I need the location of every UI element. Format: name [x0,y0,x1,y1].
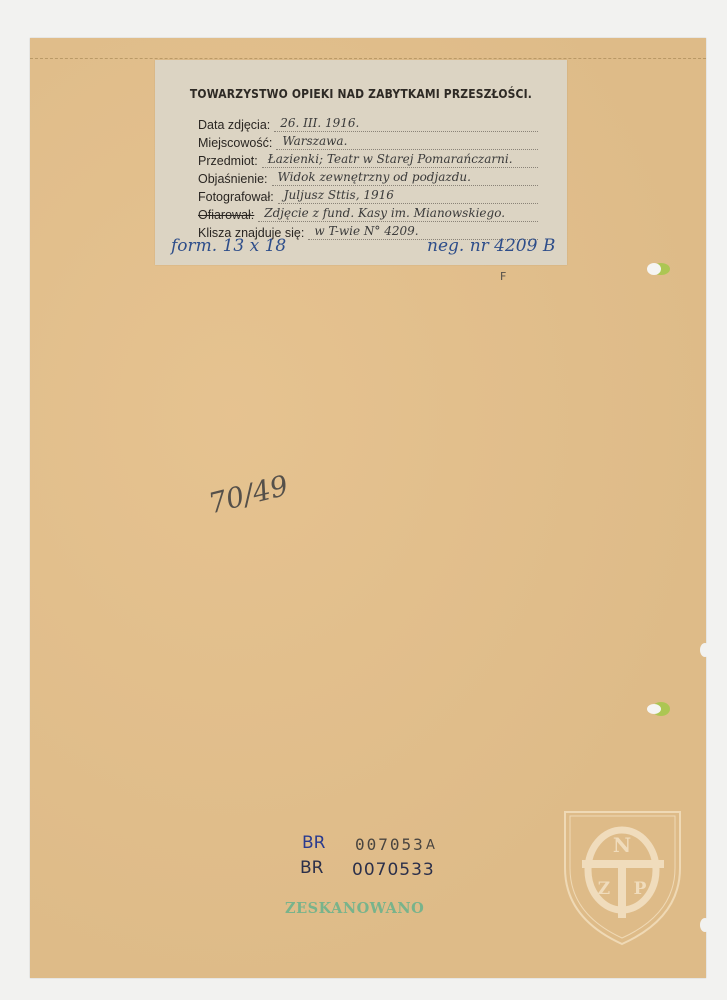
br-suffix: A [426,838,435,853]
negative-number-note: neg. nr 4209 B [427,236,555,256]
punch-hole [647,263,661,275]
edge-notch [700,643,710,657]
field-value: Widok zewnętrzny od podjazdu. [272,170,539,186]
br-number: 007053 [355,835,425,854]
br-prefix: BR [302,833,325,853]
label-title: TOWARZYSTWO OPIEKI NAD ZABYTKAMI PRZESZŁ… [184,86,538,101]
top-tear-strip [30,38,706,59]
edge-notch [700,918,710,932]
field-location: Miejscowość: Warszawa. [198,133,538,150]
archive-card: TOWARZYSTWO OPIEKI NAD ZABYTKAMI PRZESZŁ… [30,38,706,978]
scanned-stamp: ZESKANOWANO [285,900,424,917]
punch-hole [647,704,661,714]
embossed-shield-icon: N Z P [560,808,685,948]
svg-text:N: N [613,833,631,857]
field-date: Data zdjęcia: 26. III. 1916. [198,115,538,132]
pencil-number: 70/49 [205,469,291,521]
f-mark: F [500,270,506,283]
field-photographer: Fotografował: Juljusz Sttis, 1916 [198,187,538,204]
field-label: Fotografował: [198,190,278,204]
field-label: Przedmiot: [198,154,262,168]
field-label: Ofiarował: [198,208,258,222]
svg-text:Z: Z [598,879,610,899]
field-donor: Ofiarował: Zdjęcie z fund. Kasy im. Mian… [198,205,538,222]
br-number: 0070533 [352,860,435,880]
field-description: Objaśnienie: Widok zewnętrzny od podjazd… [198,169,538,186]
field-value: Juljusz Sttis, 1916 [278,188,538,204]
field-label: Data zdjęcia: [198,118,274,132]
field-value: Łazienki; Teatr w Starej Pomarańczarni. [262,152,538,168]
field-value: Zdjęcie z fund. Kasy im. Mianowskiego. [258,206,538,222]
info-label: TOWARZYSTWO OPIEKI NAD ZABYTKAMI PRZESZŁ… [155,60,567,265]
svg-text:P: P [634,879,647,899]
field-value: 26. III. 1916. [274,116,538,132]
br-prefix: BR [300,858,323,878]
field-value: Warszawa. [276,134,538,150]
field-label: Miejscowość: [198,136,276,150]
field-label: Objaśnienie: [198,172,272,186]
format-note: form. 13 x 18 [171,236,286,256]
field-subject: Przedmiot: Łazienki; Teatr w Starej Poma… [198,151,538,168]
